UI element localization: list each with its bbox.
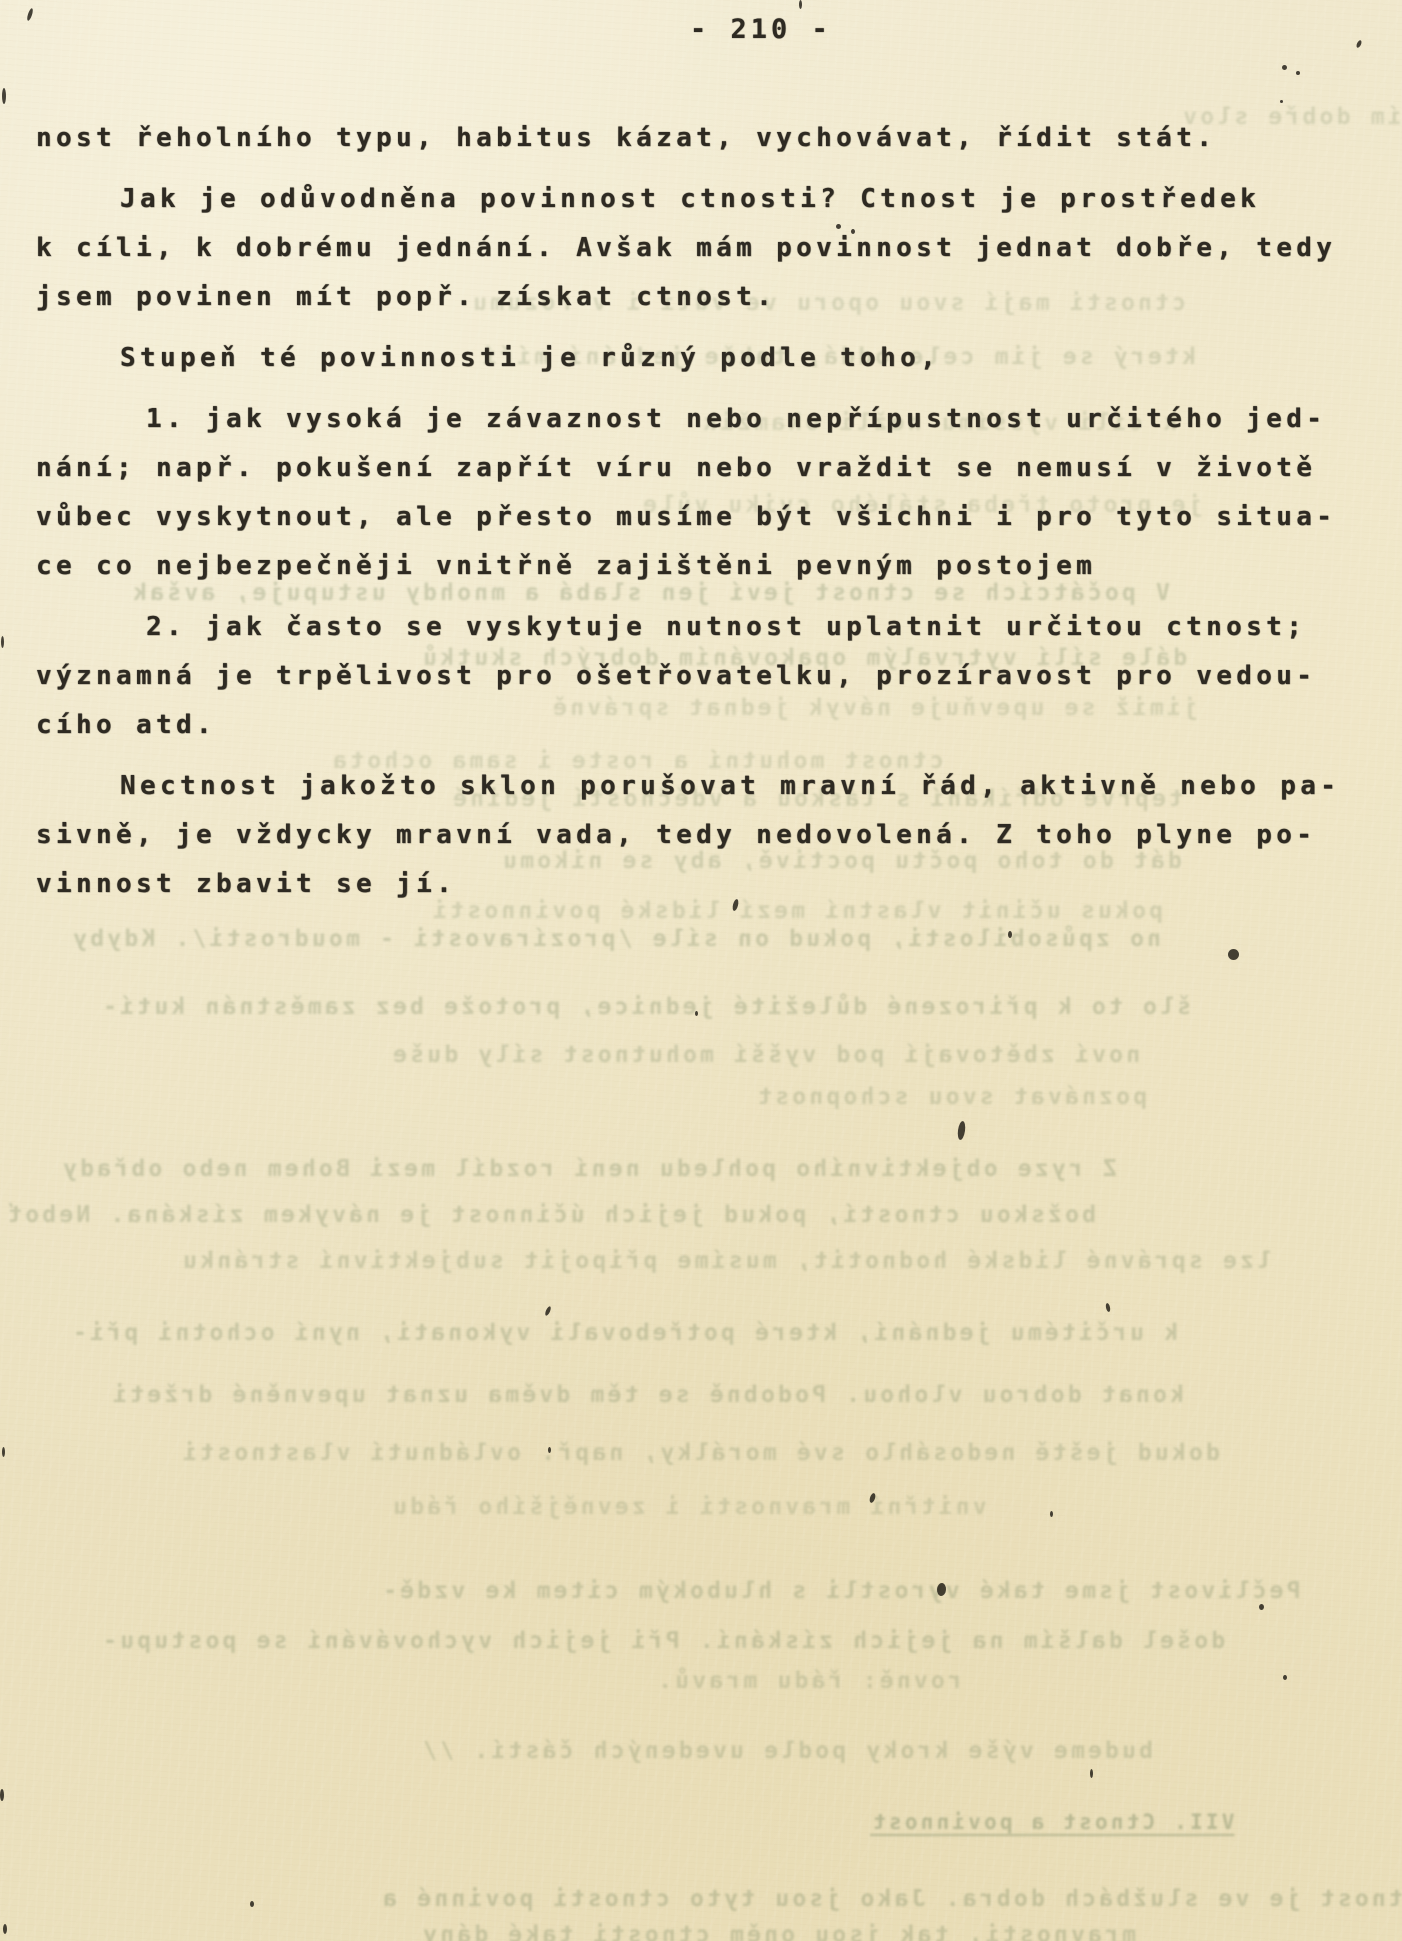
bleedthrough-line: mravnosti, tak jsou oněm ctnosti také dá… xyxy=(420,1922,1136,1941)
bleedthrough-line: poznávat svou schopnost xyxy=(755,1084,1147,1110)
typed-line: nání; např. pokušení zapřít víru nebo vr… xyxy=(36,444,1381,493)
bleedthrough-line: konat dobrou vlohou. Podobně se těm dvěm… xyxy=(110,1382,1184,1408)
bleedthrough-line: budeme výše kroky podle uvedených částí.… xyxy=(420,1738,1153,1764)
typed-line: vůbec vyskytnout, ale přesto musíme být … xyxy=(36,493,1381,542)
paragraph: 2. jak často se vyskytuje nutnost uplatn… xyxy=(36,603,1381,750)
typed-line: 1. jak vysoká je závaznost nebo nepřípus… xyxy=(36,395,1381,444)
typed-line: významná je trpělivost pro ošetřovatelku… xyxy=(36,652,1381,701)
typed-line: ce co nejbezpečněji vnitřně zajištěni pe… xyxy=(36,542,1381,591)
bleedthrough-line: Ctnost je ve službách dobra. Jako jsou t… xyxy=(380,1886,1402,1912)
bleedthrough-line: dokud ještě nedosáhlo své morálky, např.… xyxy=(180,1440,1220,1466)
paragraph: nost řeholního typu, habitus kázat, vych… xyxy=(36,114,1381,163)
typed-line: 2. jak často se vyskytuje nutnost uplatn… xyxy=(36,603,1381,652)
typed-line: vinnost zbavit se jí. xyxy=(36,860,1381,909)
bleedthrough-line: noví zbětovají pod vyšší mohutnost síly … xyxy=(390,1042,1140,1068)
paragraph: Stupeň té povinnosti je různý podle toho… xyxy=(36,334,1381,383)
paragraph: Nectnost jakožto sklon porušovat mravní … xyxy=(36,762,1381,909)
paragraph: 1. jak vysoká je závaznost nebo nepřípus… xyxy=(36,395,1381,591)
bleedthrough-line: no způsobilosti, pokud on síle /prozírav… xyxy=(70,926,1161,952)
bleedthrough-line: vnitřní mravnosti i zevnějšího řádu xyxy=(390,1494,987,1520)
typed-line: Stupeň té povinnosti je různý podle toho… xyxy=(36,334,1381,383)
bleedthrough-line: božskou ctností, pokud jejich účinnost j… xyxy=(5,1202,1096,1228)
typed-line: Jak je odůvodněna povinnost ctnosti? Ctn… xyxy=(36,175,1381,224)
bleedthrough-line: VII. Ctnost a povinnost xyxy=(870,1810,1234,1834)
typed-line: k cíli, k dobrému jednání. Avšak mám pov… xyxy=(36,224,1381,273)
bleedthrough-line: Pečlivost jsme také vyrostli s hlubokým … xyxy=(380,1578,1301,1604)
bleedthrough-line: lze správné lidské hodnotit, musíme přip… xyxy=(180,1248,1271,1274)
bleedthrough-line: rovně: řádu mravů. xyxy=(655,1668,962,1694)
bleedthrough-line: šlo to k přirozené důležité jednice, pro… xyxy=(100,994,1191,1020)
bleedthrough-line: došel dalším na jejich získání. Při jeji… xyxy=(100,1628,1225,1654)
bleedthrough-line: Z ryze objektivního pohledu není rozdíl … xyxy=(60,1156,1117,1182)
scanned-document-page: ím dobře slovctnosti mají svou oporu ve … xyxy=(0,0,1402,1941)
bleedthrough-line: k určitému jednání, které potřebovali vy… xyxy=(70,1320,1178,1346)
typed-line: sivně, je vždycky mravní vada, tedy nedo… xyxy=(36,811,1381,860)
typed-line: Nectnost jakožto sklon porušovat mravní … xyxy=(36,762,1381,811)
typed-text: nost řeholního typu, habitus kázat, vych… xyxy=(36,114,1381,921)
typed-line: cího atd. xyxy=(36,701,1381,750)
typed-line: jsem povinen mít popř. získat ctnost. xyxy=(36,273,1381,322)
typed-line: nost řeholního typu, habitus kázat, vych… xyxy=(36,114,1381,163)
paragraph: Jak je odůvodněna povinnost ctnosti? Ctn… xyxy=(36,175,1381,322)
